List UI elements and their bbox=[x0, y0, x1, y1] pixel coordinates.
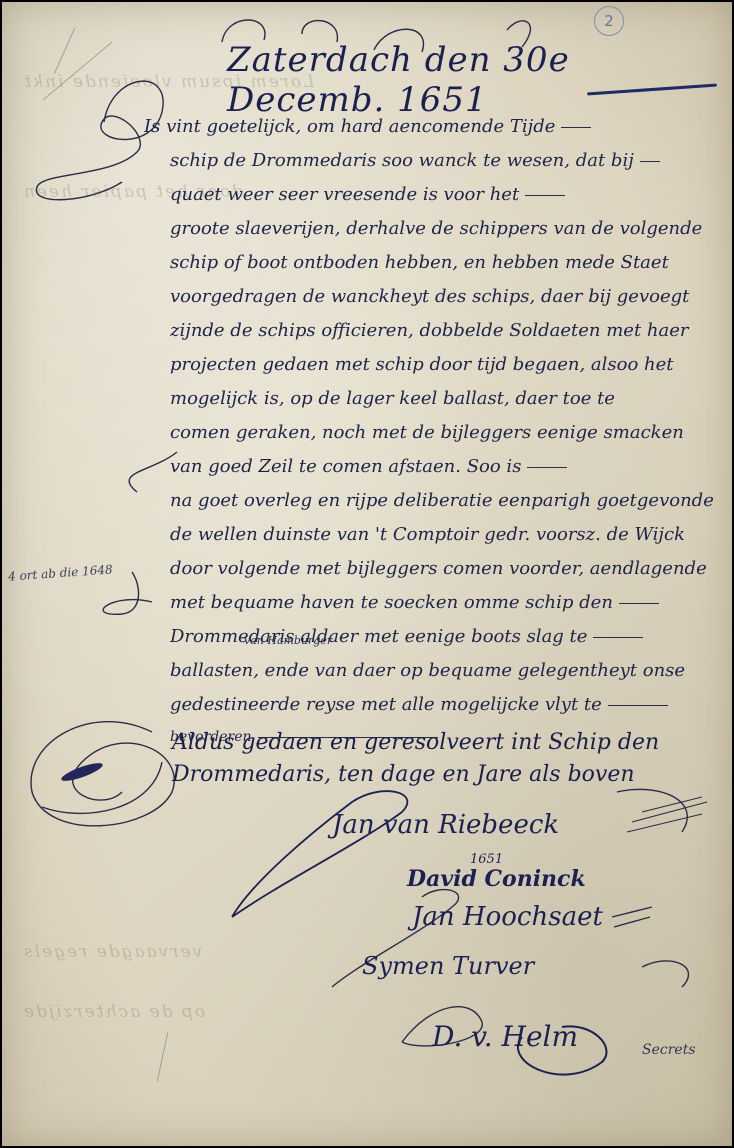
signature-suffix: Secrets bbox=[642, 1042, 696, 1058]
body-line: met bequame haven te soecken omme schip … bbox=[170, 588, 715, 622]
body-line: comen geraken, noch met de bijleggers ee… bbox=[170, 418, 715, 452]
body-line: van goed Zeil te comen afstaen. Soo is bbox=[170, 452, 715, 486]
body-line: voorgedragen de wanckheyt des schips, da… bbox=[170, 282, 715, 316]
body-line: de wellen duinste van 't Comptoir gedr. … bbox=[170, 520, 715, 554]
closing-line: Drommedaris, ten dage en Jare als boven bbox=[172, 762, 732, 787]
folio-number: 2 bbox=[594, 6, 624, 36]
margin-note: 4 ort ab die 1648 bbox=[8, 562, 113, 583]
body-line: groote slaeverijen, derhalve de schipper… bbox=[170, 214, 715, 248]
signature: Jan Hoochsaet bbox=[412, 902, 603, 932]
body-line: door volgende met bijleggers comen voord… bbox=[170, 554, 715, 588]
body-line: zijnde de schips officieren, dobbelde So… bbox=[170, 316, 715, 350]
body-line: schip de Drommedaris soo wanck te wesen,… bbox=[170, 146, 715, 180]
bleed-through-text: op de achterzijde bbox=[22, 1002, 205, 1022]
document-heading: Zaterdach den 30e Decemb. 1651 bbox=[227, 40, 732, 120]
body-line: mogelijck is, op de lager keel ballast, … bbox=[170, 384, 715, 418]
signature: D. v. Helm bbox=[432, 1020, 578, 1053]
pencil-mark bbox=[157, 1032, 168, 1081]
body-line: Is vint goetelijck, om hard aencomende T… bbox=[144, 112, 689, 146]
body-line: quaet weer seer vreesende is voor het bbox=[170, 180, 715, 214]
closing-line: Aldus gedaen en geresolveert int Schip d… bbox=[172, 730, 732, 755]
body-line: na goet overleg en rijpe deliberatie een… bbox=[170, 486, 715, 520]
pencil-mark bbox=[54, 28, 75, 74]
interlinear-insertion: van Hamburger bbox=[244, 634, 332, 647]
body-line: gedestineerde reyse met alle mogelijcke … bbox=[170, 690, 715, 724]
signature: Jan van Riebeeck bbox=[332, 810, 559, 840]
bleed-through-text: vervaagde regels bbox=[22, 942, 202, 962]
manuscript-page: Lorem ipsum vloeiende inkt door het papi… bbox=[2, 2, 732, 1146]
body-line: projecten gedaen met schip door tijd beg… bbox=[170, 350, 715, 384]
signature-year: 1651 bbox=[470, 852, 503, 867]
body-line: ballasten, ende van daer op bequame gele… bbox=[170, 656, 715, 690]
signature: Symen Turver bbox=[362, 952, 534, 980]
body-line: schip of boot ontboden hebben, en hebben… bbox=[170, 248, 715, 282]
signature: David Coninck bbox=[407, 866, 586, 892]
